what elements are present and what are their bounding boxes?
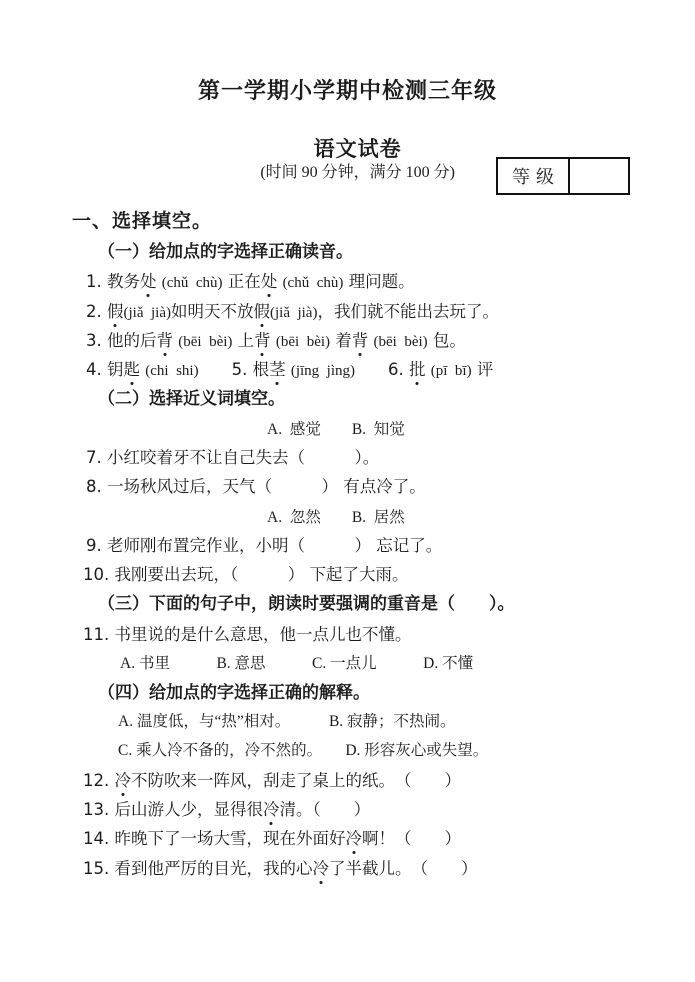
subsection-4-heading: （四）给加点的字选择正确的解释。	[98, 683, 370, 704]
grade-label-cell: 等级	[498, 159, 570, 193]
question-7: 7. 小红咬着牙不让自己失去（ ）。	[86, 448, 379, 469]
question-14: 14. 昨晚下了一场大雪，现在外面好冷啊！（ ）	[83, 829, 461, 850]
exam-title: 第一学期小学期中检测三年级	[0, 78, 695, 106]
question-15: 15. 看到他严厉的目光，我的心冷了半截儿。 （ ）	[83, 859, 478, 880]
question-2: 2. 假(jiǎ jià)如明天不放假(jiǎ jià)，我们就不能出去玩了。	[86, 302, 499, 323]
question-8: 8. 一场秋风过后，天气（ ） 有点冷了。	[86, 477, 426, 498]
question-9: 9. 老师刚布置完作业，小明（ ） 忘记了。	[86, 536, 442, 557]
exam-subtitle: 语文试卷	[314, 137, 402, 161]
question-13: 13. 后山游人少，显得很冷清。（ ）	[83, 800, 370, 821]
questions-4-to-6: 4. 钥匙 (chi shi) 5. 根茎 (jīng jìng) 6. 批 (…	[86, 360, 493, 381]
section-1-heading: 一、选择填空。	[72, 210, 212, 234]
options-line-1: A. 感觉 B. 知觉	[267, 420, 405, 439]
question-12: 12. 冷不防吹来一阵风，刮走了桌上的纸。 （ ）	[83, 771, 461, 792]
question-3: 3. 他的后背 (bēi bèi) 上背 (bēi bèi) 着背 (bēi b…	[86, 331, 466, 352]
subsection-2-heading: （二）选择近义词填空。	[98, 389, 285, 410]
question-11-options: A. 书里 B. 意思 C. 一点儿 D. 不懂	[120, 654, 473, 673]
exam-time-note: (时间 90 分钟，满分 100 分)	[260, 164, 455, 181]
definitions-a-b: A. 温度低，与“热”相对。 B. 寂静；不热闹。	[118, 712, 456, 731]
question-10: 10. 我刚要出去玩，（ ） 下起了大雨。	[83, 565, 408, 586]
grade-value-cell	[570, 159, 628, 193]
subsection-1-heading: （一）给加点的字选择正确读音。	[98, 242, 353, 263]
grade-table: 等级	[496, 157, 630, 195]
options-line-2: A. 忽然 B. 居然	[267, 508, 405, 527]
definitions-c-d: C. 乘人冷不备的，冷不然的。 D. 形容灰心或失望。	[118, 741, 488, 760]
subsection-3-heading: （三）下面的句子中，朗读时要强调的重音是（ ）。	[98, 594, 515, 615]
exam-paper-page: 第一学期小学期中检测三年级 语文试卷 (时间 90 分钟，满分 100 分) 等…	[0, 0, 695, 982]
question-11: 11. 书里说的是什么意思，他一点儿也不懂。	[83, 625, 412, 646]
question-1: 1. 教务处 (chǔ chù) 正在处 (chǔ chù) 理问题。	[86, 272, 415, 293]
